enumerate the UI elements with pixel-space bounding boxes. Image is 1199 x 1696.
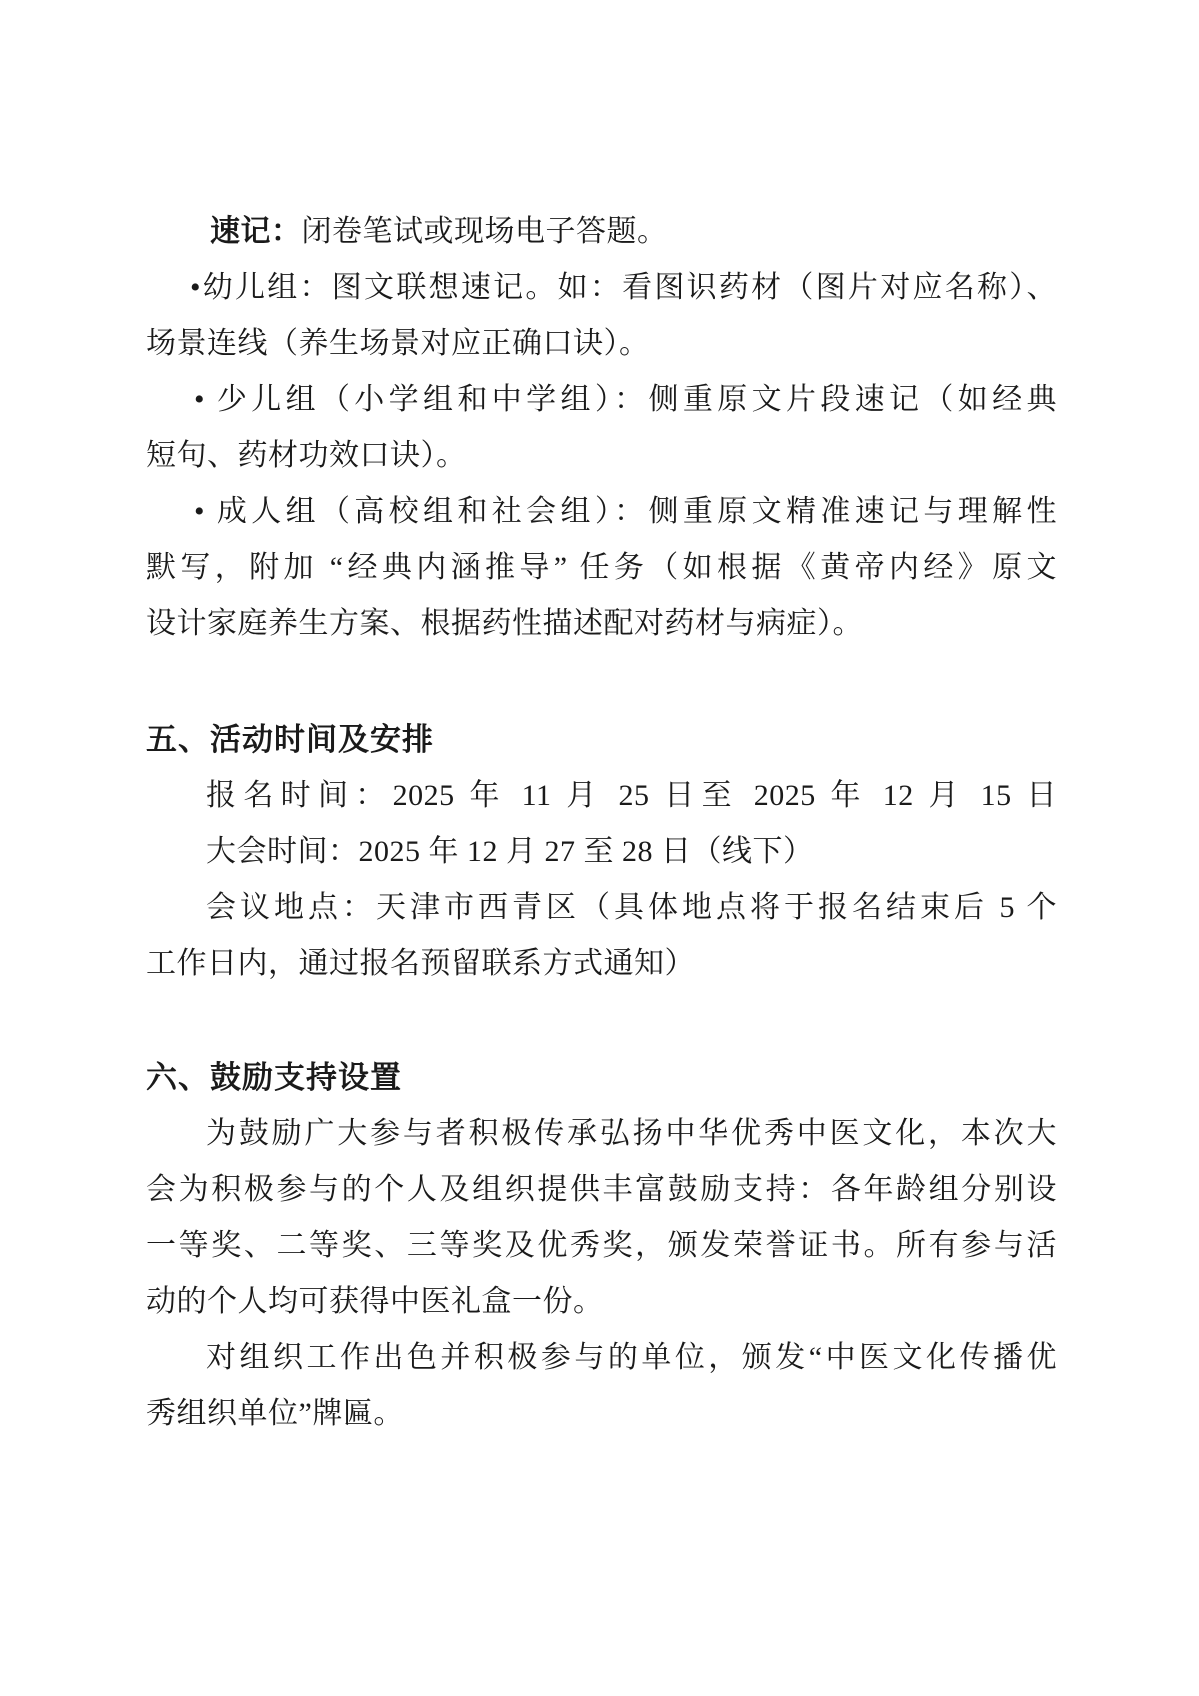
shorthand-label: 速记： [210,215,302,248]
line-bullet-adult-2: 默写，附加 “经典内涵推导” 任务（如根据《黄帝内经》原文 [146,540,1057,596]
line-signup-time: 报名时间：2025 年 11 月 25 日至 2025 年 12 月 15 日 [146,768,1057,824]
line-venue-1: 会议地点：天津市西青区（具体地点将于报名结束后 5 个 [146,880,1057,936]
document-page: 速记：闭卷笔试或现场电子答题。 •幼儿组：图文联想速记。如：看图识药材（图片对应… [0,0,1199,1696]
line-org-award-2: 秀组织单位”牌匾。 [146,1386,1057,1442]
line-shorthand-method: 速记：闭卷笔试或现场电子答题。 [146,204,1057,260]
line-venue-2: 工作日内，通过报名预留联系方式通知） [146,936,1057,992]
line-bullet-adult-1: • 成人组（高校组和社会组）：侧重原文精准速记与理解性 [146,484,1057,540]
line-bullet-junior-1: • 少儿组（小学组和中学组）：侧重原文片段速记（如经典 [146,372,1057,428]
line-award-para-3: 一等奖、二等奖、三等奖及优秀奖，颁发荣誉证书。所有参与活 [146,1218,1057,1274]
line-award-para-4: 动的个人均可获得中医礼盒一份。 [146,1274,1057,1330]
line-bullet-youth-2: 场景连线（养生场景对应正确口诀）。 [146,316,1057,372]
section5-spacer [146,652,1057,712]
line-bullet-junior-2: 短句、药材功效口诀）。 [146,428,1057,484]
shorthand-text: 闭卷笔试或现场电子答题。 [302,215,668,248]
section6-heading: 六、鼓励支持设置 [146,1050,1057,1106]
line-bullet-adult-3: 设计家庭养生方案、根据药性描述配对药材与病症）。 [146,596,1057,652]
section5-heading: 五、活动时间及安排 [146,712,1057,768]
line-org-award-1: 对组织工作出色并积极参与的单位，颁发“中医文化传播优 [146,1330,1057,1386]
line-award-para-1: 为鼓励广大参与者积极传承弘扬中华优秀中医文化，本次大 [146,1106,1057,1162]
line-bullet-youth-1: •幼儿组：图文联想速记。如：看图识药材（图片对应名称）、 [146,260,1057,316]
line-award-para-2: 会为积极参与的个人及组织提供丰富鼓励支持：各年龄组分别设 [146,1162,1057,1218]
line-event-time: 大会时间：2025 年 12 月 27 至 28 日（线下） [146,824,1057,880]
section6-spacer [146,992,1057,1050]
